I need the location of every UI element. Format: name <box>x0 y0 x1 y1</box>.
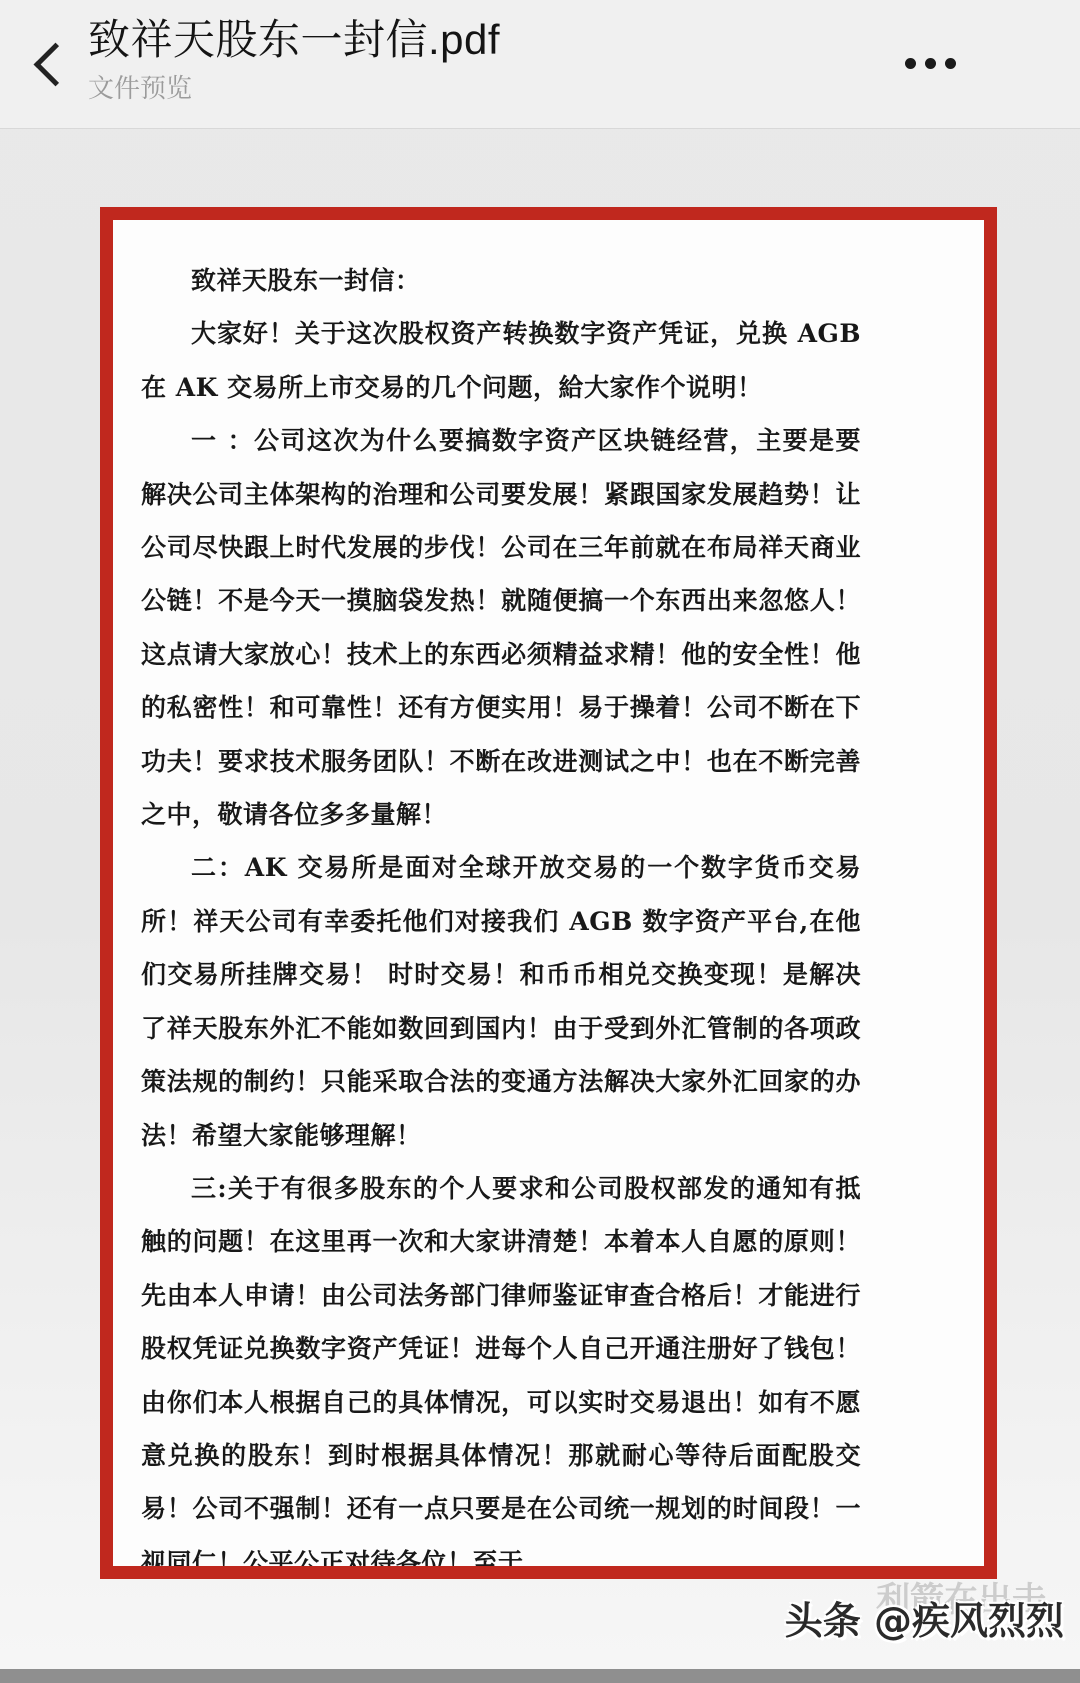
file-preview-screen: 致祥天股东一封信.pdf 文件预览 致祥天股东一封信： 大家好！关于这次股权资产… <box>0 0 1080 1683</box>
letter-body: 致祥天股东一封信： 大家好！关于这次股权资产转换数字资产凭证，兑换 AGB 在 … <box>113 220 984 1566</box>
letter-paragraph: 大家好！关于这次股权资产转换数字资产凭证，兑换 AGB 在 AK 交易所上市交易… <box>141 307 861 414</box>
letter-salutation: 致祥天股东一封信： <box>141 254 861 307</box>
ellipsis-icon <box>905 58 916 69</box>
back-button[interactable] <box>22 26 78 102</box>
more-menu-button[interactable] <box>890 38 970 88</box>
chevron-left-icon <box>33 42 77 86</box>
navbar-titles: 致祥天股东一封信.pdf 文件预览 <box>88 12 500 106</box>
pdf-page: 致祥天股东一封信： 大家好！关于这次股权资产转换数字资产凭证，兑换 AGB 在 … <box>100 207 997 1579</box>
ellipsis-icon <box>945 58 956 69</box>
letter-paragraph: 二：AK 交易所是面对全球开放交易的一个数字货币交易所！祥天公司有幸委托他们对接… <box>141 841 861 1161</box>
toutiao-watermark: 头条 @疾风烈烈 <box>785 1590 1064 1645</box>
letter-paragraph: 三:关于有很多股东的个人要求和公司股权部发的通知有抵触的问题！在这里再一次和大家… <box>141 1162 861 1566</box>
ellipsis-icon <box>925 58 936 69</box>
navbar: 致祥天股东一封信.pdf 文件预览 <box>0 0 1080 129</box>
letter-paragraph: 一 ：公司这次为什么要搞数字资产区块链经营，主要是要解决公司主体架构的治理和公司… <box>141 414 861 841</box>
pdf-preview-scroll-area[interactable]: 致祥天股东一封信： 大家好！关于这次股权资产转换数字资产凭证，兑换 AGB 在 … <box>0 129 1080 1667</box>
file-title: 致祥天股东一封信.pdf <box>88 12 500 68</box>
preview-label: 文件预览 <box>88 70 500 106</box>
bottom-system-bar <box>0 1669 1080 1683</box>
